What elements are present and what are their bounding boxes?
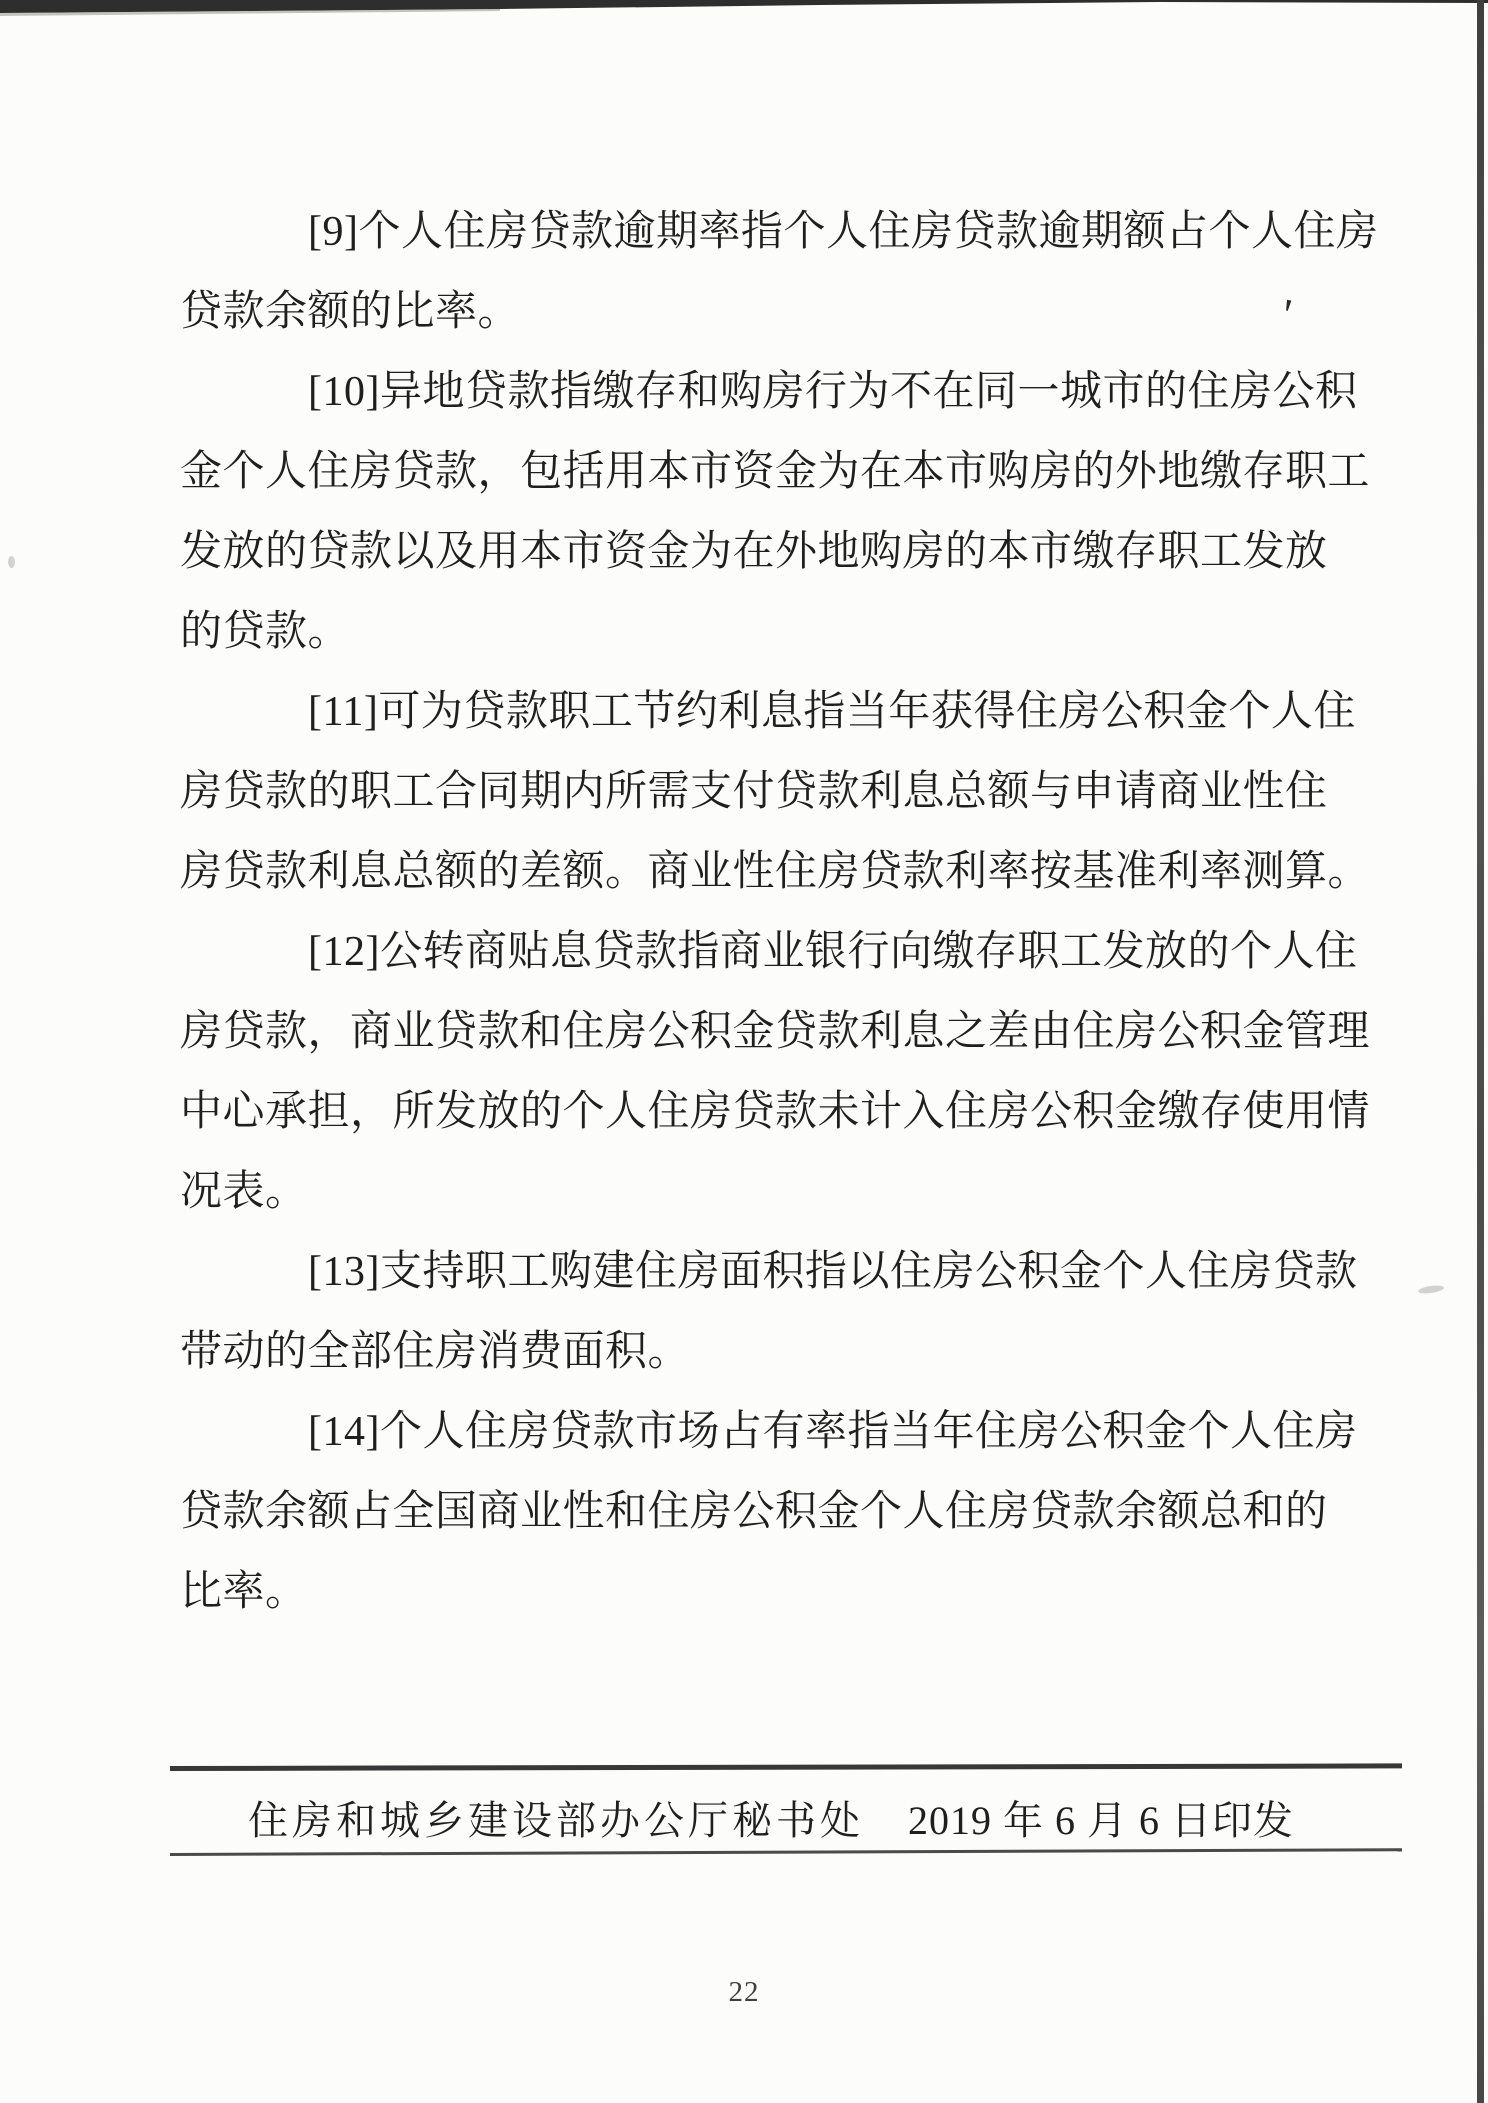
scan-smudge xyxy=(1418,1284,1445,1295)
footnote-paragraph: [11]可为贷款职工节约利息指当年获得住房公积金个人住房贷款的职工合同期内所需支… xyxy=(180,672,1316,912)
footnote-paragraph: [10]异地贷款指缴存和购房行为不在同一城市的住房公积金个人住房贷款，包括用本市… xyxy=(180,352,1316,672)
scanned-document-page: ' [9]个人住房贷款逾期率指个人住房贷款逾期额占个人住房贷款余额的比率。[10… xyxy=(0,0,1488,2103)
text-line: [10]异地贷款指缴存和购房行为不在同一城市的住房公积 xyxy=(180,352,1316,432)
text-line: 带动的全部住房消费面积。 xyxy=(180,1312,1316,1392)
text-line: 的贷款。 xyxy=(180,592,1316,672)
text-line: 贷款余额的比率。 xyxy=(180,272,1316,352)
scan-edge-right xyxy=(1477,0,1484,2103)
text-line: 房贷款利息总额的差额。商业性住房贷款利率按基准利率测算。 xyxy=(180,832,1316,912)
footer-issuer: 住房和城乡建设部办公厅秘书处 xyxy=(248,1794,864,1848)
footnotes-block: [9]个人住房贷款逾期率指个人住房贷款逾期额占个人住房贷款余额的比率。[10]异… xyxy=(180,192,1316,1632)
footer-rule-top xyxy=(170,1763,1402,1771)
text-line: 比率。 xyxy=(180,1552,1316,1632)
text-line: [14]个人住房贷款市场占有率指当年住房公积金个人住房 xyxy=(180,1392,1316,1472)
scan-edge-top xyxy=(0,0,1488,20)
text-line: [12]公转商贴息贷款指商业银行向缴存职工发放的个人住 xyxy=(180,912,1316,992)
footnote-paragraph: [13]支持职工购建住房面积指以住房公积金个人住房贷款带动的全部住房消费面积。 xyxy=(180,1232,1316,1392)
footer-print-date: 2019 年 6 月 6 日印发 xyxy=(908,1794,1294,1848)
text-line: [9]个人住房贷款逾期率指个人住房贷款逾期额占个人住房 xyxy=(180,192,1316,272)
text-line: [13]支持职工购建住房面积指以住房公积金个人住房贷款 xyxy=(180,1232,1316,1312)
footnote-paragraph: [12]公转商贴息贷款指商业银行向缴存职工发放的个人住房贷款，商业贷款和住房公积… xyxy=(180,912,1316,1232)
text-line: 发放的贷款以及用本市资金为在外地购房的本市缴存职工发放 xyxy=(180,512,1316,592)
footnote-paragraph: [14]个人住房贷款市场占有率指当年住房公积金个人住房贷款余额占全国商业性和住房… xyxy=(180,1392,1316,1632)
text-line: 房贷款，商业贷款和住房公积金贷款利息之差由住房公积金管理 xyxy=(180,992,1316,1072)
text-line: 贷款余额占全国商业性和住房公积金个人住房贷款余额总和的 xyxy=(180,1472,1316,1552)
text-line: 况表。 xyxy=(180,1152,1316,1232)
footer-rule-bottom xyxy=(170,1848,1402,1856)
page-number: 22 xyxy=(0,1976,1488,2009)
text-line: 金个人住房贷款，包括用本市资金为在本市购房的外地缴存职工 xyxy=(180,432,1316,512)
footer: 住房和城乡建设部办公厅秘书处 2019 年 6 月 6 日印发 xyxy=(248,1794,1294,1848)
scan-smudge xyxy=(8,556,15,568)
text-line: [11]可为贷款职工节约利息指当年获得住房公积金个人住 xyxy=(180,672,1316,752)
footnote-paragraph: [9]个人住房贷款逾期率指个人住房贷款逾期额占个人住房贷款余额的比率。 xyxy=(180,192,1316,352)
text-line: 房贷款的职工合同期内所需支付贷款利息总额与申请商业性住 xyxy=(180,752,1316,832)
text-line: 中心承担，所发放的个人住房贷款未计入住房公积金缴存使用情 xyxy=(180,1072,1316,1152)
